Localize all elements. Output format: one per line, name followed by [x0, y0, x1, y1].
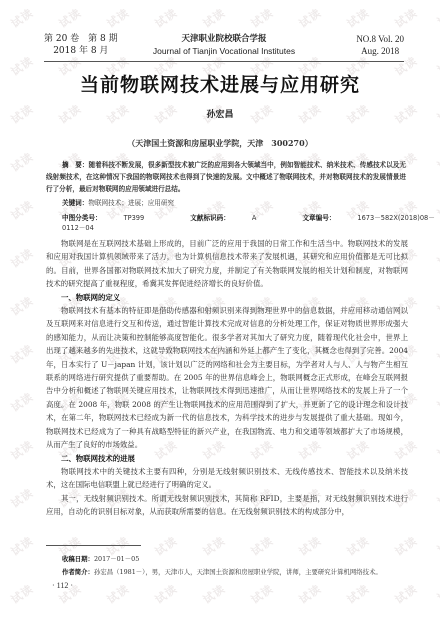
volume-issue: 第 20 卷 第 8 期 — [44, 33, 118, 45]
watermark-text: 试读 — [296, 581, 325, 608]
header-left: 第 20 卷 第 8 期 2018 年 8 月 — [44, 33, 118, 57]
doc-code-value: A — [252, 214, 257, 222]
section-1-paragraph: 物联网技术有基本的特征即是借助传感器和射频识别来得到物理世界中的信息数据，并应用… — [46, 304, 408, 451]
abstract: 摘 要：随着科技不断发展，很多新型技术被广泛的应用到各大领域当中，例如智能技术、… — [46, 159, 406, 195]
body-text: 物联网是在互联网技术基础上形成的，目前广泛的应用于我国的日常工作和生活当中。物联… — [46, 237, 408, 519]
watermark-text: 试读 — [344, 581, 373, 608]
issue-en: NO.8 Vol. 20 — [356, 33, 404, 45]
watermark-text: 试读 — [8, 341, 37, 368]
date-en: Aug. 2018 — [356, 45, 404, 57]
watermark-text: 试读 — [56, 5, 85, 32]
watermark-text: 试读 — [152, 5, 181, 32]
watermark-text: 试读 — [104, 581, 133, 608]
watermark-text: 试读 — [344, 5, 373, 32]
author-bio-value: 孙宏昌（1981－），男，天津市人，天津国土资源和房屋职业学院，讲师，主要研究计… — [94, 568, 382, 576]
header-right: NO.8 Vol. 20 Aug. 2018 — [356, 33, 404, 57]
date-cn: 2018 年 8 月 — [44, 45, 118, 57]
class-label: 中图分类号： — [62, 214, 102, 222]
abstract-label: 摘 要： — [62, 161, 88, 169]
watermark-text: 试读 — [434, 345, 440, 378]
watermark-text: 试读 — [8, 245, 37, 272]
intro-paragraph: 物联网是在互联网技术基础上形成的，目前广泛的应用于我国的日常工作和生活当中。物联… — [46, 237, 408, 291]
watermark-text: 试读 — [434, 537, 440, 570]
author-bio-label: 作者简介： — [62, 568, 94, 576]
watermark-text: 试读 — [8, 197, 37, 224]
watermark-text: 试读 — [434, 393, 440, 426]
watermark-text: 试读 — [434, 585, 440, 618]
watermark-text: 试读 — [392, 581, 421, 608]
section-2-heading: 二、物联网技术的进展 — [46, 452, 408, 465]
footnote-divider — [46, 545, 141, 546]
watermark-text: 试读 — [392, 5, 421, 32]
keywords-value: 物联网技术；进展；应用研究 — [88, 199, 174, 207]
watermark-text: 试读 — [8, 5, 37, 32]
keywords-label: 关键词： — [62, 199, 88, 207]
watermark-text: 试读 — [434, 489, 440, 522]
watermark-text: 试读 — [434, 9, 440, 42]
document-page: 试读试读试读试读试读试读试读试读试读试读试读试读试读试读试读试读试读试读试读试读… — [0, 0, 440, 620]
watermark-text: 试读 — [104, 5, 133, 32]
received-value: 2017－01－05 — [94, 555, 139, 563]
article-author: 孙宏昌 — [0, 107, 440, 120]
doc-code-label: 文献标识码： — [190, 214, 230, 222]
watermark-text: 试读 — [8, 293, 37, 320]
watermark-text: 试读 — [200, 5, 229, 32]
watermark-text: 试读 — [434, 441, 440, 474]
watermark-text: 试读 — [248, 5, 277, 32]
article-title: 当前物联网技术进展与应用研究 — [0, 70, 440, 97]
watermark-text: 试读 — [434, 297, 440, 330]
class-value: TP399 — [124, 214, 145, 222]
watermark-text: 试读 — [8, 581, 37, 608]
header-center: 天津职业院校联合学报 Journal of Tianjin Vocational… — [144, 33, 304, 57]
classification-line: 中图分类号：TP399 文献标识码：A 文章编号：1673－582X(2018)… — [62, 212, 440, 232]
journal-name-cn: 天津职业院校联合学报 — [144, 33, 304, 45]
journal-header: 第 20 卷 第 8 期 2018 年 8 月 天津职业院校联合学报 Journ… — [44, 33, 404, 62]
watermark-text: 试读 — [248, 581, 277, 608]
watermark-text: 试读 — [200, 581, 229, 608]
journal-name-en: Journal of Tianjin Vocational Institutes — [144, 45, 304, 57]
watermark-text: 试读 — [8, 389, 37, 416]
watermark-text: 试读 — [8, 533, 37, 560]
watermark-text: 试读 — [296, 5, 325, 32]
watermark-text: 试读 — [434, 153, 440, 186]
watermark-text: 试读 — [434, 249, 440, 282]
section-1-heading: 一、物联网的定义 — [46, 291, 408, 304]
author-affiliation: （天津国土资源和房屋职业学院，天津 300270） — [0, 138, 440, 149]
page-number: · 112 · — [52, 581, 73, 590]
author-bio: 作者简介：孙宏昌（1981－），男，天津市人，天津国土资源和房屋职业学院，讲师，… — [62, 566, 412, 579]
received-label: 收稿日期： — [62, 555, 94, 563]
article-id-label: 文章编号： — [302, 214, 335, 222]
keywords-line: 关键词：物联网技术；进展；应用研究 — [62, 197, 174, 207]
watermark-text: 试读 — [8, 437, 37, 464]
footnotes: 收稿日期：2017－01－05 作者简介：孙宏昌（1981－），男，天津市人，天… — [62, 553, 412, 578]
section-2-paragraph-1: 物联网技术中的关键技术主要有四种，分别是无线射频识别技术、无线传感技术、智能技术… — [46, 465, 408, 492]
received-date: 收稿日期：2017－01－05 — [62, 553, 412, 566]
watermark-text: 试读 — [152, 581, 181, 608]
section-2-paragraph-2: 其一，无线射频识别技术。所谓无线射频识别技术，其简称 RFID，主要是指，对无线… — [46, 492, 408, 519]
watermark-text: 试读 — [8, 485, 37, 512]
watermark-text: 试读 — [8, 149, 37, 176]
abstract-text: 随着科技不断发展，很多新型技术被广泛的应用到各大领域当中，例如智能技术、纳米技术… — [46, 161, 406, 193]
